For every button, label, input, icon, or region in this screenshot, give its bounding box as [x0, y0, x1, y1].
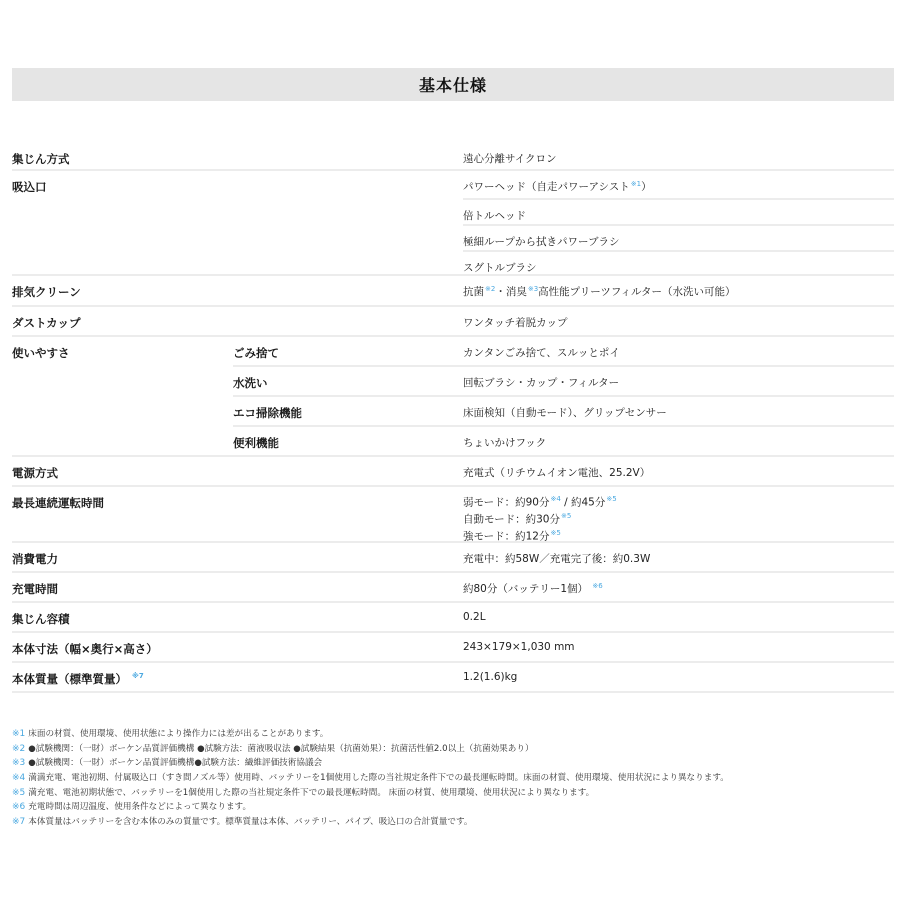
spec-value: 極細ループから拭きパワーブラシ: [463, 224, 894, 250]
footnote: ※6充電時間は周辺温度、使用条件などによって異なります。: [12, 800, 892, 815]
spec-label: 本体質量（標準質量） ※7: [12, 663, 463, 691]
spec-value: 243×179×1,030 mm: [463, 633, 894, 661]
spec-label: 集じん方式: [12, 143, 463, 169]
spec-value: 弱モード：約90分※4 / 約45分※5 自動モード：約30分※5 強モード：約…: [463, 487, 894, 541]
footnote-ref: ※5: [550, 529, 560, 537]
footnote-mark: ※2: [12, 744, 25, 754]
footnote-ref: ※6: [592, 582, 602, 590]
runtime-line: 自動モード：約30分※5: [463, 510, 894, 527]
spec-row-capacity: 集じん容積 0.2L: [12, 603, 894, 633]
footnote-ref: ※4: [550, 495, 560, 503]
spec-sublabel: ごみ捨て: [233, 337, 463, 365]
spec-sublabel: 便利機能: [233, 427, 463, 455]
spec-row-consumption: 消費電力 充電中：約58W／充電完了後：約0.3W: [12, 543, 894, 573]
section-header: 基本仕様: [12, 68, 894, 101]
spec-row-nozzle: 吸込口 パワーヘッド（自走パワーアシスト※1） 倍トルヘッド 極細ループから拭き…: [12, 171, 894, 276]
spec-row-power-source: 電源方式 充電式（リチウムイオン電池、25.2V）: [12, 457, 894, 487]
spec-value: スグトルブラシ: [463, 250, 894, 274]
spec-values: パワーヘッド（自走パワーアシスト※1） 倍トルヘッド 極細ループから拭きパワーブ…: [463, 171, 894, 274]
footnote-ref: ※3: [528, 285, 538, 293]
footnote: ※4満満充電、電池初期、付属吸込口（すき間ノズル等）使用時、バッテリーを1個使用…: [12, 771, 892, 786]
spec-row-dimensions: 本体寸法（幅×奥行×高さ） 243×179×1,030 mm: [12, 633, 894, 663]
footnote-mark: ※4: [12, 773, 25, 783]
spec-value: 回転ブラシ・カップ・フィルター: [463, 367, 894, 395]
footnote-ref: ※7: [132, 672, 144, 680]
footnote-mark: ※5: [12, 788, 25, 798]
footnote-mark: ※1: [12, 729, 25, 739]
spec-label: 最長連続運転時間: [12, 487, 463, 541]
spec-row-usability: 使いやすさ ごみ捨て カンタンごみ捨て、スルッとポイ 水洗い 回転ブラシ・カップ…: [12, 337, 894, 457]
spec-label: 吸込口: [12, 171, 463, 274]
section-title: 基本仕様: [419, 73, 487, 96]
spec-row-charge-time: 充電時間 約80分（バッテリー1個） ※6: [12, 573, 894, 603]
footnote-mark: ※6: [12, 802, 25, 812]
spec-label: 本体寸法（幅×奥行×高さ）: [12, 633, 463, 661]
spec-subrows: ごみ捨て カンタンごみ捨て、スルッとポイ 水洗い 回転ブラシ・カップ・フィルター…: [233, 337, 894, 455]
spec-value: 約80分（バッテリー1個） ※6: [463, 573, 894, 601]
footnote-mark: ※7: [12, 817, 25, 827]
spec-label: 使いやすさ: [12, 337, 233, 455]
footnote-ref: ※1: [631, 180, 641, 188]
spec-label: 充電時間: [12, 573, 463, 601]
spec-row-exhaust: 排気クリーン 抗菌※2・消臭※3高性能プリーツフィルター（水洗い可能）: [12, 276, 894, 307]
spec-label: 消費電力: [12, 543, 463, 571]
footnote-mark: ※3: [12, 758, 25, 768]
footnote-ref: ※5: [561, 512, 571, 520]
spec-value: ワンタッチ着脱カップ: [463, 307, 894, 335]
spec-value: 床面検知（自動モード）、グリップセンサー: [463, 397, 894, 425]
spec-subrow: 水洗い 回転ブラシ・カップ・フィルター: [233, 365, 894, 395]
spec-row-dust-method: 集じん方式 遠心分離サイクロン: [12, 143, 894, 171]
spec-value: 充電中：約58W／充電完了後：約0.3W: [463, 543, 894, 571]
spec-value: パワーヘッド（自走パワーアシスト※1）: [463, 171, 894, 198]
spec-row-dust-cup: ダストカップ ワンタッチ着脱カップ: [12, 307, 894, 337]
runtime-line: 弱モード：約90分※4 / 約45分※5: [463, 493, 894, 510]
spec-value: ちょいかけフック: [463, 427, 894, 455]
spec-table: 集じん方式 遠心分離サイクロン 吸込口 パワーヘッド（自走パワーアシスト※1） …: [12, 143, 894, 693]
spec-sublabel: エコ掃除機能: [233, 397, 463, 425]
footnote: ※3●試験機関：（一財）ボーケン品質評価機構●試験方法：繊維評価技術協議会: [12, 756, 892, 771]
spec-row-weight: 本体質量（標準質量） ※7 1.2(1.6)kg: [12, 663, 894, 693]
footnote-ref: ※2: [485, 285, 495, 293]
spec-label: 集じん容積: [12, 603, 463, 631]
spec-label: 排気クリーン: [12, 276, 463, 305]
spec-value: 0.2L: [463, 603, 894, 631]
spec-subrow: ごみ捨て カンタンごみ捨て、スルッとポイ: [233, 337, 894, 365]
footnote: ※7本体質量はバッテリーを含む本体のみの質量です。標準質量は本体、バッテリー、パ…: [12, 815, 892, 830]
spec-value: 遠心分離サイクロン: [463, 143, 894, 169]
spec-value: 充電式（リチウムイオン電池、25.2V）: [463, 457, 894, 485]
spec-label: 電源方式: [12, 457, 463, 485]
footnote: ※5満充電、電池初期状態で、バッテリーを1個使用した際の当社規定条件下での最長運…: [12, 786, 892, 801]
footnote: ※1床面の材質、使用環境、使用状態により操作力には差が出ることがあります。: [12, 727, 892, 742]
footnotes: ※1床面の材質、使用環境、使用状態により操作力には差が出ることがあります。 ※2…: [12, 727, 892, 830]
spec-value: 1.2(1.6)kg: [463, 663, 894, 691]
spec-label: ダストカップ: [12, 307, 463, 335]
footnote-ref: ※5: [606, 495, 616, 503]
runtime-line: 強モード：約12分※5: [463, 527, 894, 544]
spec-value: 倍トルヘッド: [463, 198, 894, 224]
spec-value: 抗菌※2・消臭※3高性能プリーツフィルター（水洗い可能）: [463, 276, 894, 305]
spec-subrow: エコ掃除機能 床面検知（自動モード）、グリップセンサー: [233, 395, 894, 425]
footnote: ※2●試験機関：（一財）ボーケン品質評価機構 ●試験方法：菌液吸収法 ●試験結果…: [12, 742, 892, 757]
spec-sublabel: 水洗い: [233, 367, 463, 395]
spec-value: カンタンごみ捨て、スルッとポイ: [463, 337, 894, 365]
spec-subrow: 便利機能 ちょいかけフック: [233, 425, 894, 455]
spec-row-runtime: 最長連続運転時間 弱モード：約90分※4 / 約45分※5 自動モード：約30分…: [12, 487, 894, 543]
